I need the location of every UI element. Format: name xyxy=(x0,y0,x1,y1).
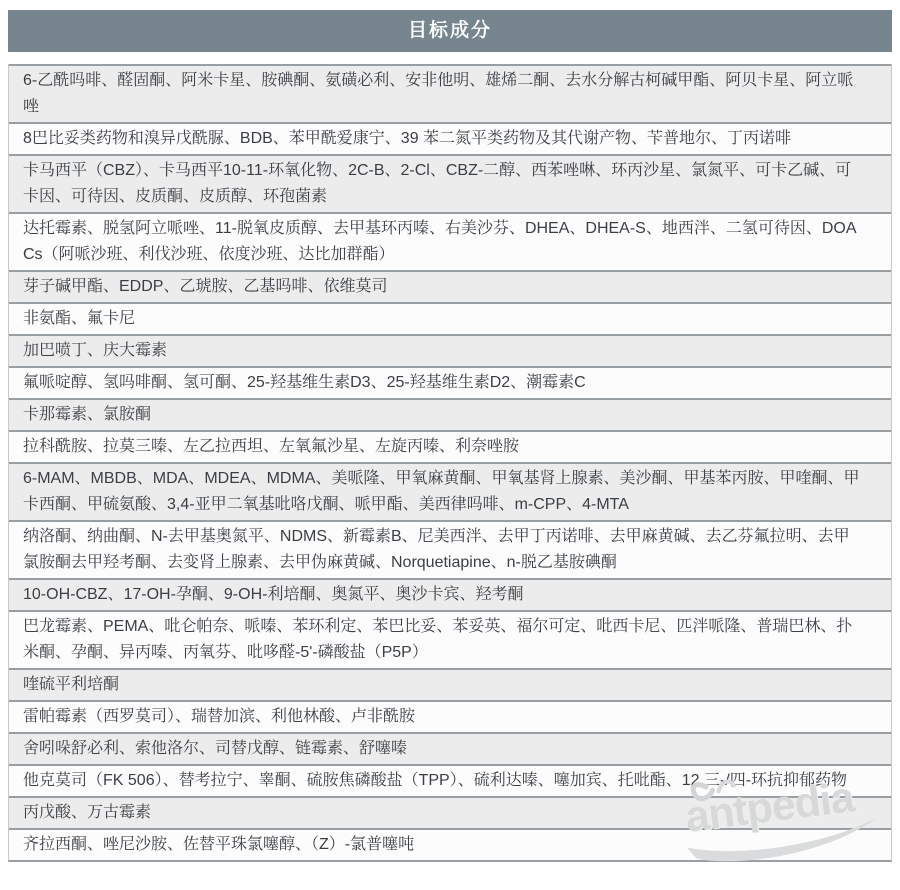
table-row: 8巴比妥类药物和溴异戊酰脲、BDB、苯甲酰爱康宁、39 苯二氮平类药物及其代谢产… xyxy=(9,122,891,154)
table-row: 他克莫司（FK 506）、替考拉宁、睾酮、硫胺焦磷酸盐（TPP）、硫利达嗪、噻加… xyxy=(9,764,891,796)
table-row: 卡马西平（CBZ）、卡马西平10-11-环氧化物、2C-B、2-Cl、CBZ-二… xyxy=(9,154,891,212)
table-header: 目标成分 xyxy=(8,10,892,52)
table-row: 纳洛酮、纳曲酮、N-去甲基奥氮平、NDMS、新霉素B、尼美西泮、去甲丁丙诺啡、去… xyxy=(9,520,891,578)
table-row: 卡那霉素、氯胺酮 xyxy=(9,398,891,430)
table-row: 雷帕霉素（西罗莫司）、瑞替加滨、利他林酸、卢非酰胺 xyxy=(9,700,891,732)
table-row: 巴龙霉素、PEMA、吡仑帕奈、哌嗪、苯环利定、苯巴比妥、苯妥英、福尔可定、吡西卡… xyxy=(9,610,891,668)
header-gap xyxy=(8,52,892,64)
table-row: 芽子碱甲酯、EDDP、乙琥胺、乙基吗啡、依维莫司 xyxy=(9,270,891,302)
page-title: 目标成分 xyxy=(408,20,492,41)
table-row: 6-MAM、MBDB、MDA、MDEA、MDMA、美哌隆、甲氧麻黄酮、甲氧基肾上… xyxy=(9,462,891,520)
table-row: 舍吲哚舒必利、索他洛尔、司替戊醇、链霉素、舒噻嗪 xyxy=(9,732,891,764)
table-row: 齐拉西酮、唑尼沙胺、佐替平珠氯噻醇、（Z）-氯普噻吨 xyxy=(9,828,891,860)
table-row: 6-乙酰吗啡、醛固酮、阿米卡星、胺碘酮、氨磺必利、安非他明、雄烯二酮、去水分解古… xyxy=(9,64,891,122)
table-row: 拉科酰胺、拉莫三嗪、左乙拉西坦、左氧氟沙星、左旋丙嗪、利奈唑胺 xyxy=(9,430,891,462)
table-row: 10-OH-CBZ、17-OH-孕酮、9-OH-利培酮、奥氮平、奥沙卡宾、羟考酮 xyxy=(9,578,891,610)
table-row: 加巴喷丁、庆大霉素 xyxy=(9,334,891,366)
components-table: 6-乙酰吗啡、醛固酮、阿米卡星、胺碘酮、氨磺必利、安非他明、雄烯二酮、去水分解古… xyxy=(8,64,892,862)
table-row: 非氨酯、氟卡尼 xyxy=(9,302,891,334)
table-row: 氟哌啶醇、氢吗啡酮、氢可酮、25-羟基维生素D3、25-羟基维生素D2、潮霉素C xyxy=(9,366,891,398)
table-row: 丙戊酸、万古霉素 xyxy=(9,796,891,828)
table-row: 喹硫平利培酮 xyxy=(9,668,891,700)
target-components-page: 目标成分 6-乙酰吗啡、醛固酮、阿米卡星、胺碘酮、氨磺必利、安非他明、雄烯二酮、… xyxy=(8,10,892,862)
table-row: 达托霉素、脱氢阿立哌唑、11-脱氧皮质醇、去甲基环丙嗪、右美沙芬、DHEA、DH… xyxy=(9,212,891,270)
